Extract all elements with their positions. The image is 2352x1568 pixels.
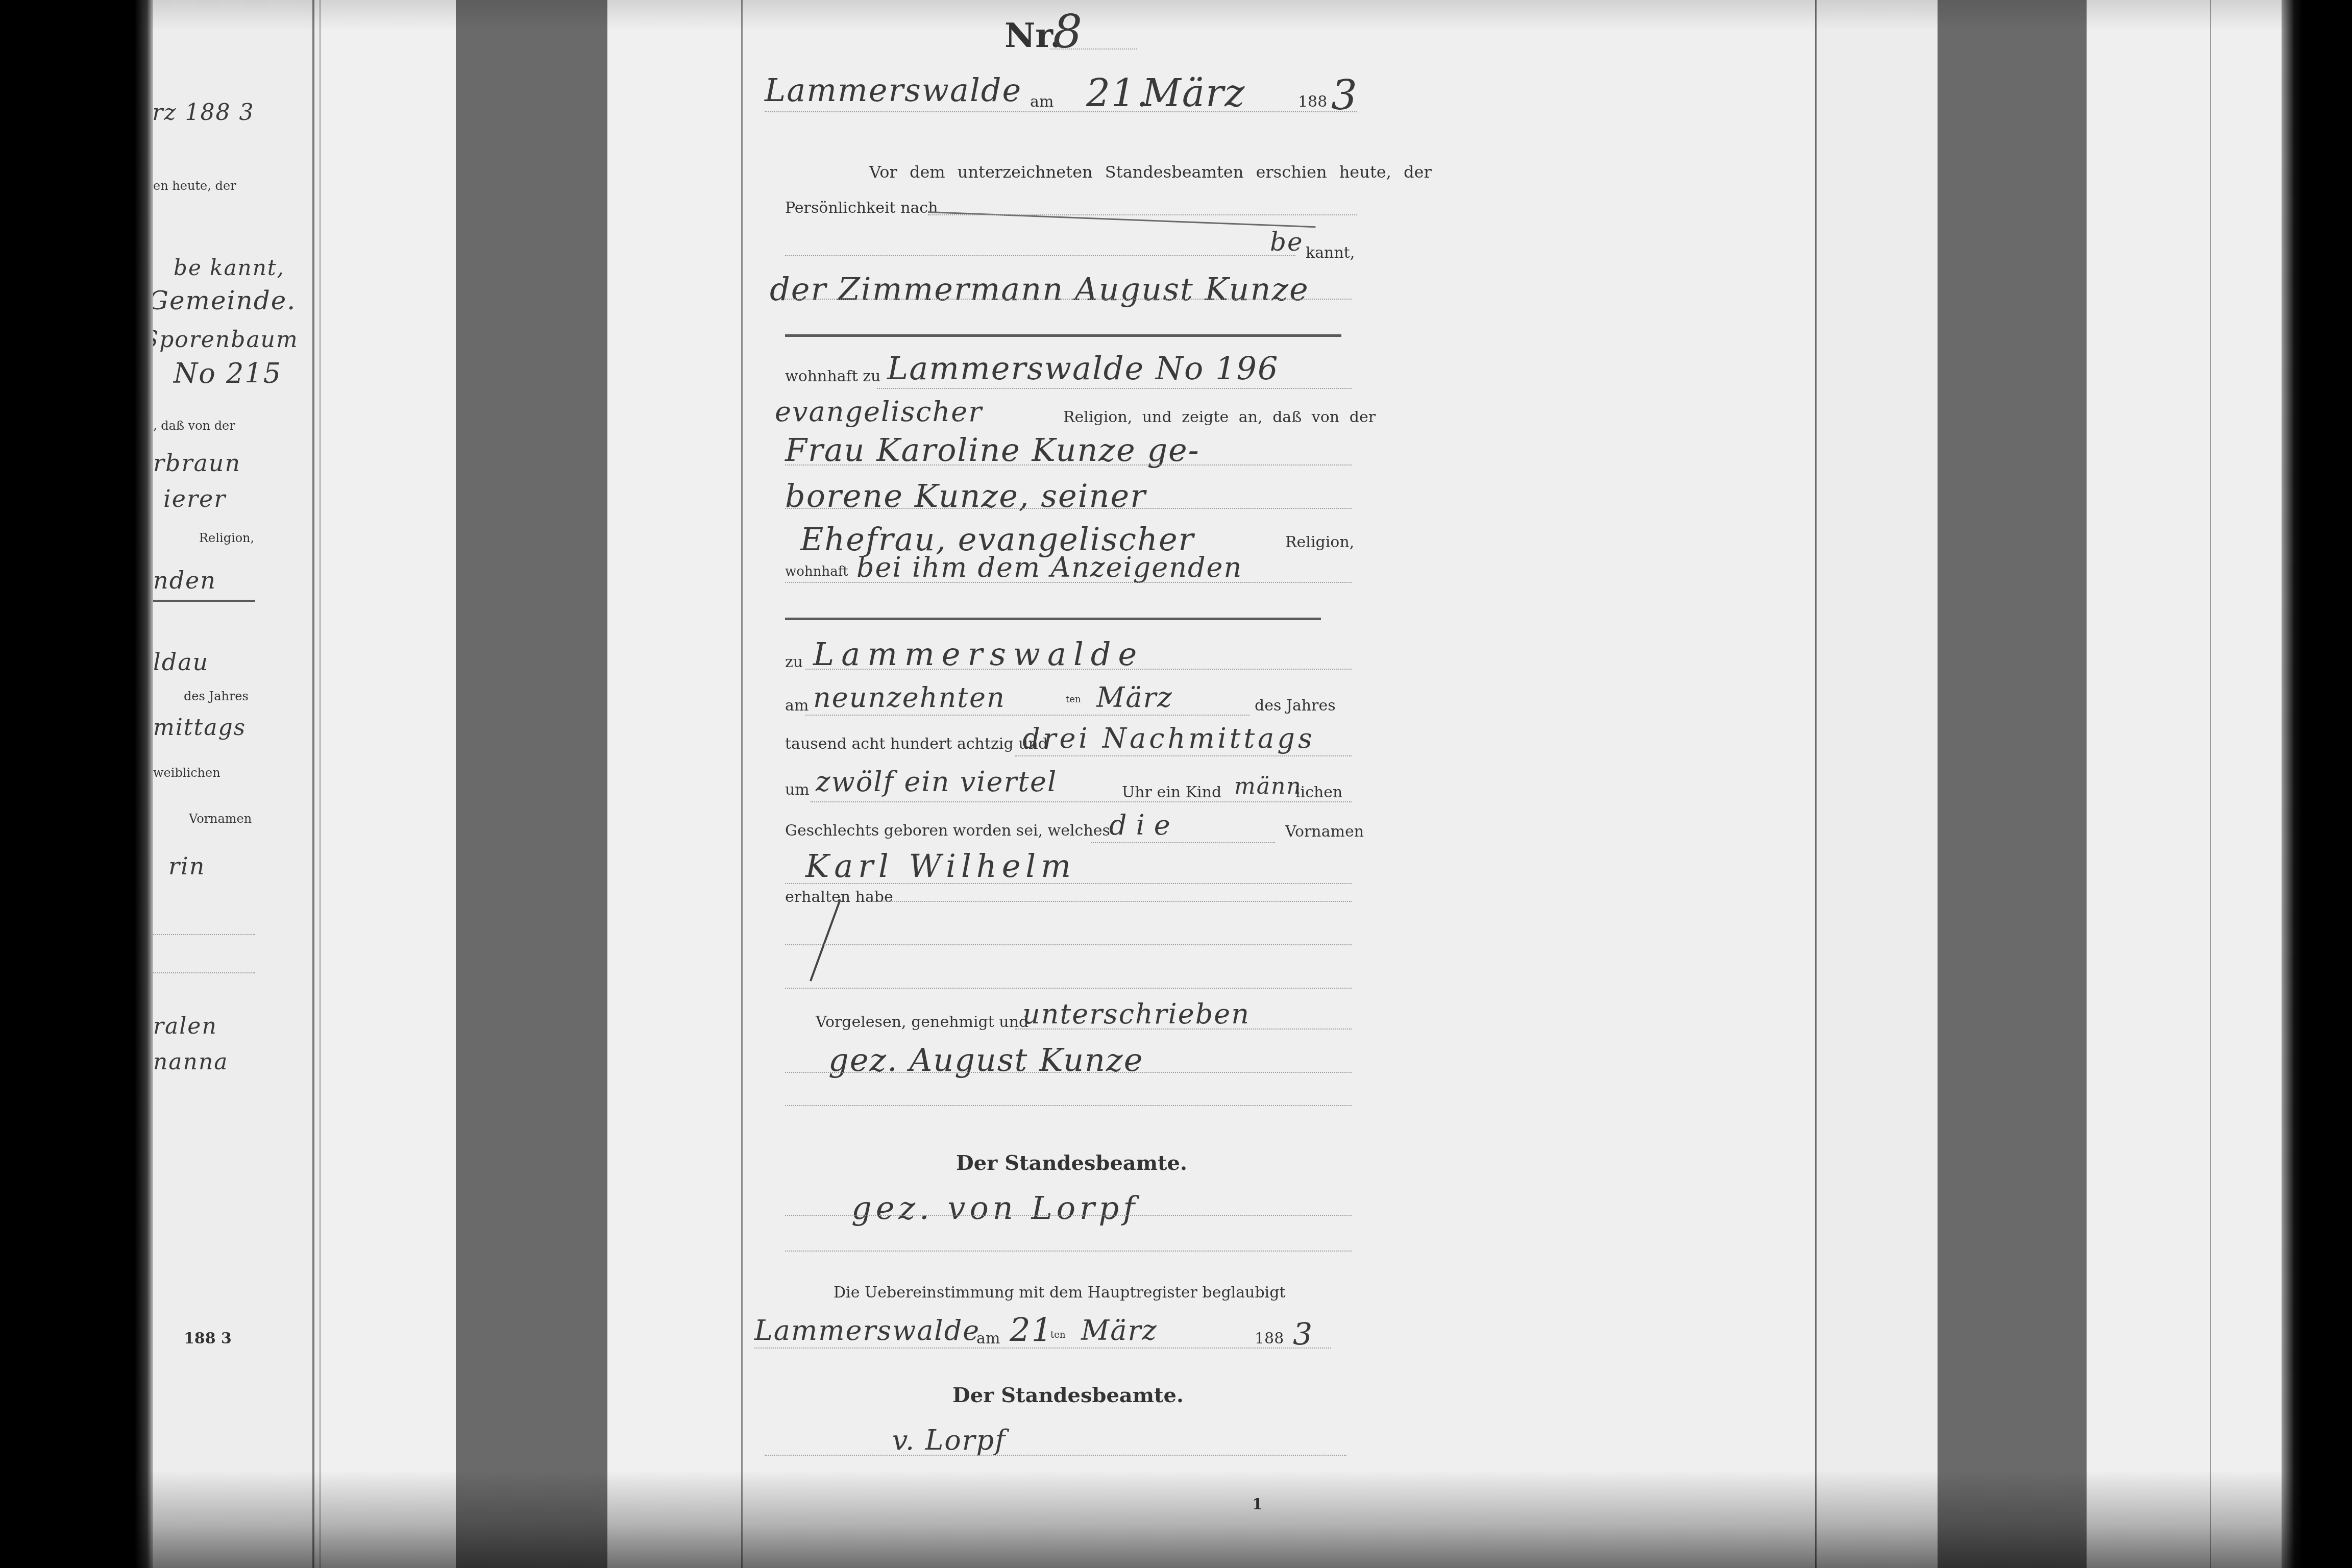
blank-cancel-stroke xyxy=(810,899,841,982)
section-divider xyxy=(785,334,1341,337)
cert-am: am xyxy=(976,1330,1000,1347)
vornamen-print: Vornamen xyxy=(1285,823,1364,841)
rule xyxy=(754,1347,1331,1349)
wohnhaft-label: wohnhaft zu xyxy=(785,367,880,385)
bekannt-print: kannt, xyxy=(1306,244,1355,262)
birth-day-handwritten: neunzehnten xyxy=(813,681,1006,714)
register-entry: Nr. 8 Lammerswalde am 21. März 188 3 Vor… xyxy=(744,0,1816,1568)
rule xyxy=(785,944,1352,945)
frag-date-tail: ärz 188 3 xyxy=(153,100,254,126)
rule xyxy=(785,1251,1352,1252)
time-handwritten: zwölf ein viertel xyxy=(816,766,1057,798)
zu-label: zu xyxy=(785,653,803,671)
standesbeamte-title-2: Der Standesbeamte. xyxy=(952,1383,1184,1407)
section-divider xyxy=(785,618,1321,620)
frag-year-tail: 188 3 xyxy=(184,1330,232,1347)
frag-hand-2: Sporenbaum xyxy=(153,327,299,353)
frag-hand-12: nanna xyxy=(153,1049,228,1075)
facing-page-strip xyxy=(1817,0,1938,1568)
frag-hand-1: Gemeinde. xyxy=(153,286,296,315)
frag-des-jahres: des Jahres xyxy=(184,689,249,703)
certification-text: Die Uebereinstimmung mit dem Hauptregist… xyxy=(834,1284,1285,1302)
frag-hand-7: ldau xyxy=(153,648,209,676)
date-day: 21. xyxy=(1086,71,1149,115)
zu-handwritten: Lammerswalde xyxy=(813,635,1144,673)
cert-day-marker: ten xyxy=(1050,1330,1065,1340)
persoenlichkeit-label: Persönlichkeit nach xyxy=(785,199,938,217)
signature-official: gez. von Lorpf xyxy=(851,1189,1139,1227)
film-gray-band-right xyxy=(1938,0,2087,1568)
rule xyxy=(785,988,1352,989)
rule xyxy=(785,1105,1352,1106)
film-gray-band-left xyxy=(456,0,607,1568)
place-handwritten: Lammerswalde xyxy=(765,71,1022,109)
frag-hand-8: mittags xyxy=(153,715,246,741)
cert-year-prefix: 188 xyxy=(1255,1330,1284,1347)
frag-hand-3: No 215 xyxy=(174,357,282,389)
am-label: am xyxy=(1030,93,1053,111)
informant-handwritten: der Zimmermann August Kunze xyxy=(770,271,1309,308)
frag-hand-9: weiblichen xyxy=(153,766,220,780)
rule xyxy=(1015,755,1352,756)
rule xyxy=(785,255,1295,256)
cert-day-handwritten: 21 xyxy=(1010,1312,1053,1350)
frag-separator xyxy=(153,600,255,602)
birth-day-marker: ten xyxy=(1066,694,1081,705)
frag-hand-10: rin xyxy=(168,852,205,880)
cert-place-handwritten: Lammerswalde xyxy=(754,1314,980,1346)
frag-dass: , daß von der xyxy=(153,419,235,433)
rule xyxy=(765,1455,1346,1456)
frag-bekannt: be kannt, xyxy=(174,255,285,280)
um-label: um xyxy=(785,781,810,799)
birth-month-handwritten: März xyxy=(1096,681,1173,714)
rule xyxy=(805,715,1249,716)
right-page-edge-rule xyxy=(2210,0,2211,1568)
rule xyxy=(877,388,1352,389)
frag-vornamen: Vornamen xyxy=(189,812,252,826)
signature-informant: gez. August Kunze xyxy=(828,1041,1143,1079)
mother-wohnhaft-label: wohnhaft xyxy=(785,564,848,579)
film-bottom-shading xyxy=(0,1470,2352,1568)
frag-hand-5: ierer xyxy=(163,485,226,512)
geschlechts-print: Geschlechts geboren worden sei, welches xyxy=(785,822,1110,840)
bekannt-handwritten: be xyxy=(1270,227,1304,257)
mother-wohnhaft-handwritten: bei ihm dem Anzeigenden xyxy=(856,551,1242,583)
uhr-kind-print: Uhr ein Kind xyxy=(1122,783,1221,801)
gutter-strip-left xyxy=(607,0,744,1568)
des-jahres: des Jahres xyxy=(1255,697,1336,715)
wohnhaft-handwritten: Lammerswalde No 196 xyxy=(887,350,1279,387)
year-prefix: 188 xyxy=(1298,93,1327,111)
rule xyxy=(872,901,1352,902)
cert-month-handwritten: März xyxy=(1081,1314,1158,1346)
religion-handwritten: evangelischer xyxy=(775,396,983,428)
rule xyxy=(928,214,1357,215)
frag-rule xyxy=(153,972,255,973)
pen-stroke xyxy=(928,211,1316,228)
film-border-left xyxy=(0,0,153,1568)
rule xyxy=(785,582,1352,583)
rule xyxy=(785,299,1352,300)
standesbeamte-title: Der Standesbeamte. xyxy=(956,1151,1187,1175)
signature-official-2: v. Lorpf xyxy=(892,1424,1006,1456)
mother-line-2: borene Kunze, seiner xyxy=(785,477,1146,514)
year-handwritten: drei Nachmittags xyxy=(1022,722,1315,754)
die-handwritten: die xyxy=(1109,809,1180,841)
main-page-left-edge xyxy=(741,0,743,1568)
frag-hand-4: rbraun xyxy=(153,449,241,477)
frag-hand-6: nden xyxy=(153,567,216,594)
left-fragment-text-area: ärz 188 3 en heute, der be kannt, Gemein… xyxy=(153,0,316,1568)
am-label-birth: am xyxy=(785,697,808,715)
vorgelesen-print: Vorgelesen, genehmigt und xyxy=(816,1013,1028,1031)
religion-print: Religion, und zeigte an, daß von der xyxy=(1063,408,1376,426)
rule xyxy=(785,508,1352,509)
rule xyxy=(805,669,1352,670)
sex-print-suffix: lichen xyxy=(1295,783,1342,801)
rule xyxy=(785,464,1352,465)
rule xyxy=(785,1215,1352,1216)
mother-religion-print: Religion, xyxy=(1285,533,1354,551)
frag-rule xyxy=(153,934,255,935)
intro-text: Vor dem unterzeichneten Standesbeamten e… xyxy=(869,162,1432,182)
film-border-right xyxy=(2282,0,2352,1568)
sex-handwritten: männ xyxy=(1234,773,1302,799)
mother-line-1: Frau Karoline Kunze ge- xyxy=(785,431,1200,469)
rule xyxy=(1091,842,1275,843)
date-month: März xyxy=(1142,71,1245,115)
right-page-fragment xyxy=(2087,0,2282,1568)
rule xyxy=(785,1072,1352,1073)
frag-heute: en heute, der xyxy=(153,179,236,193)
rule xyxy=(1050,48,1137,50)
unterschrieben-handwritten: unterschrieben xyxy=(1022,998,1250,1030)
year-print: tausend acht hundert achtzig und xyxy=(785,735,1048,753)
rule xyxy=(785,883,1352,884)
rule xyxy=(811,801,1352,802)
child-name-handwritten: Karl Wilhelm xyxy=(805,847,1076,885)
rule xyxy=(765,111,1357,112)
left-margin-strip xyxy=(321,0,456,1568)
film-top-shading xyxy=(0,0,2352,31)
frag-hand-11: ralen xyxy=(153,1013,217,1039)
frag-religion: Religion, xyxy=(199,531,254,545)
rule xyxy=(1015,1028,1352,1030)
